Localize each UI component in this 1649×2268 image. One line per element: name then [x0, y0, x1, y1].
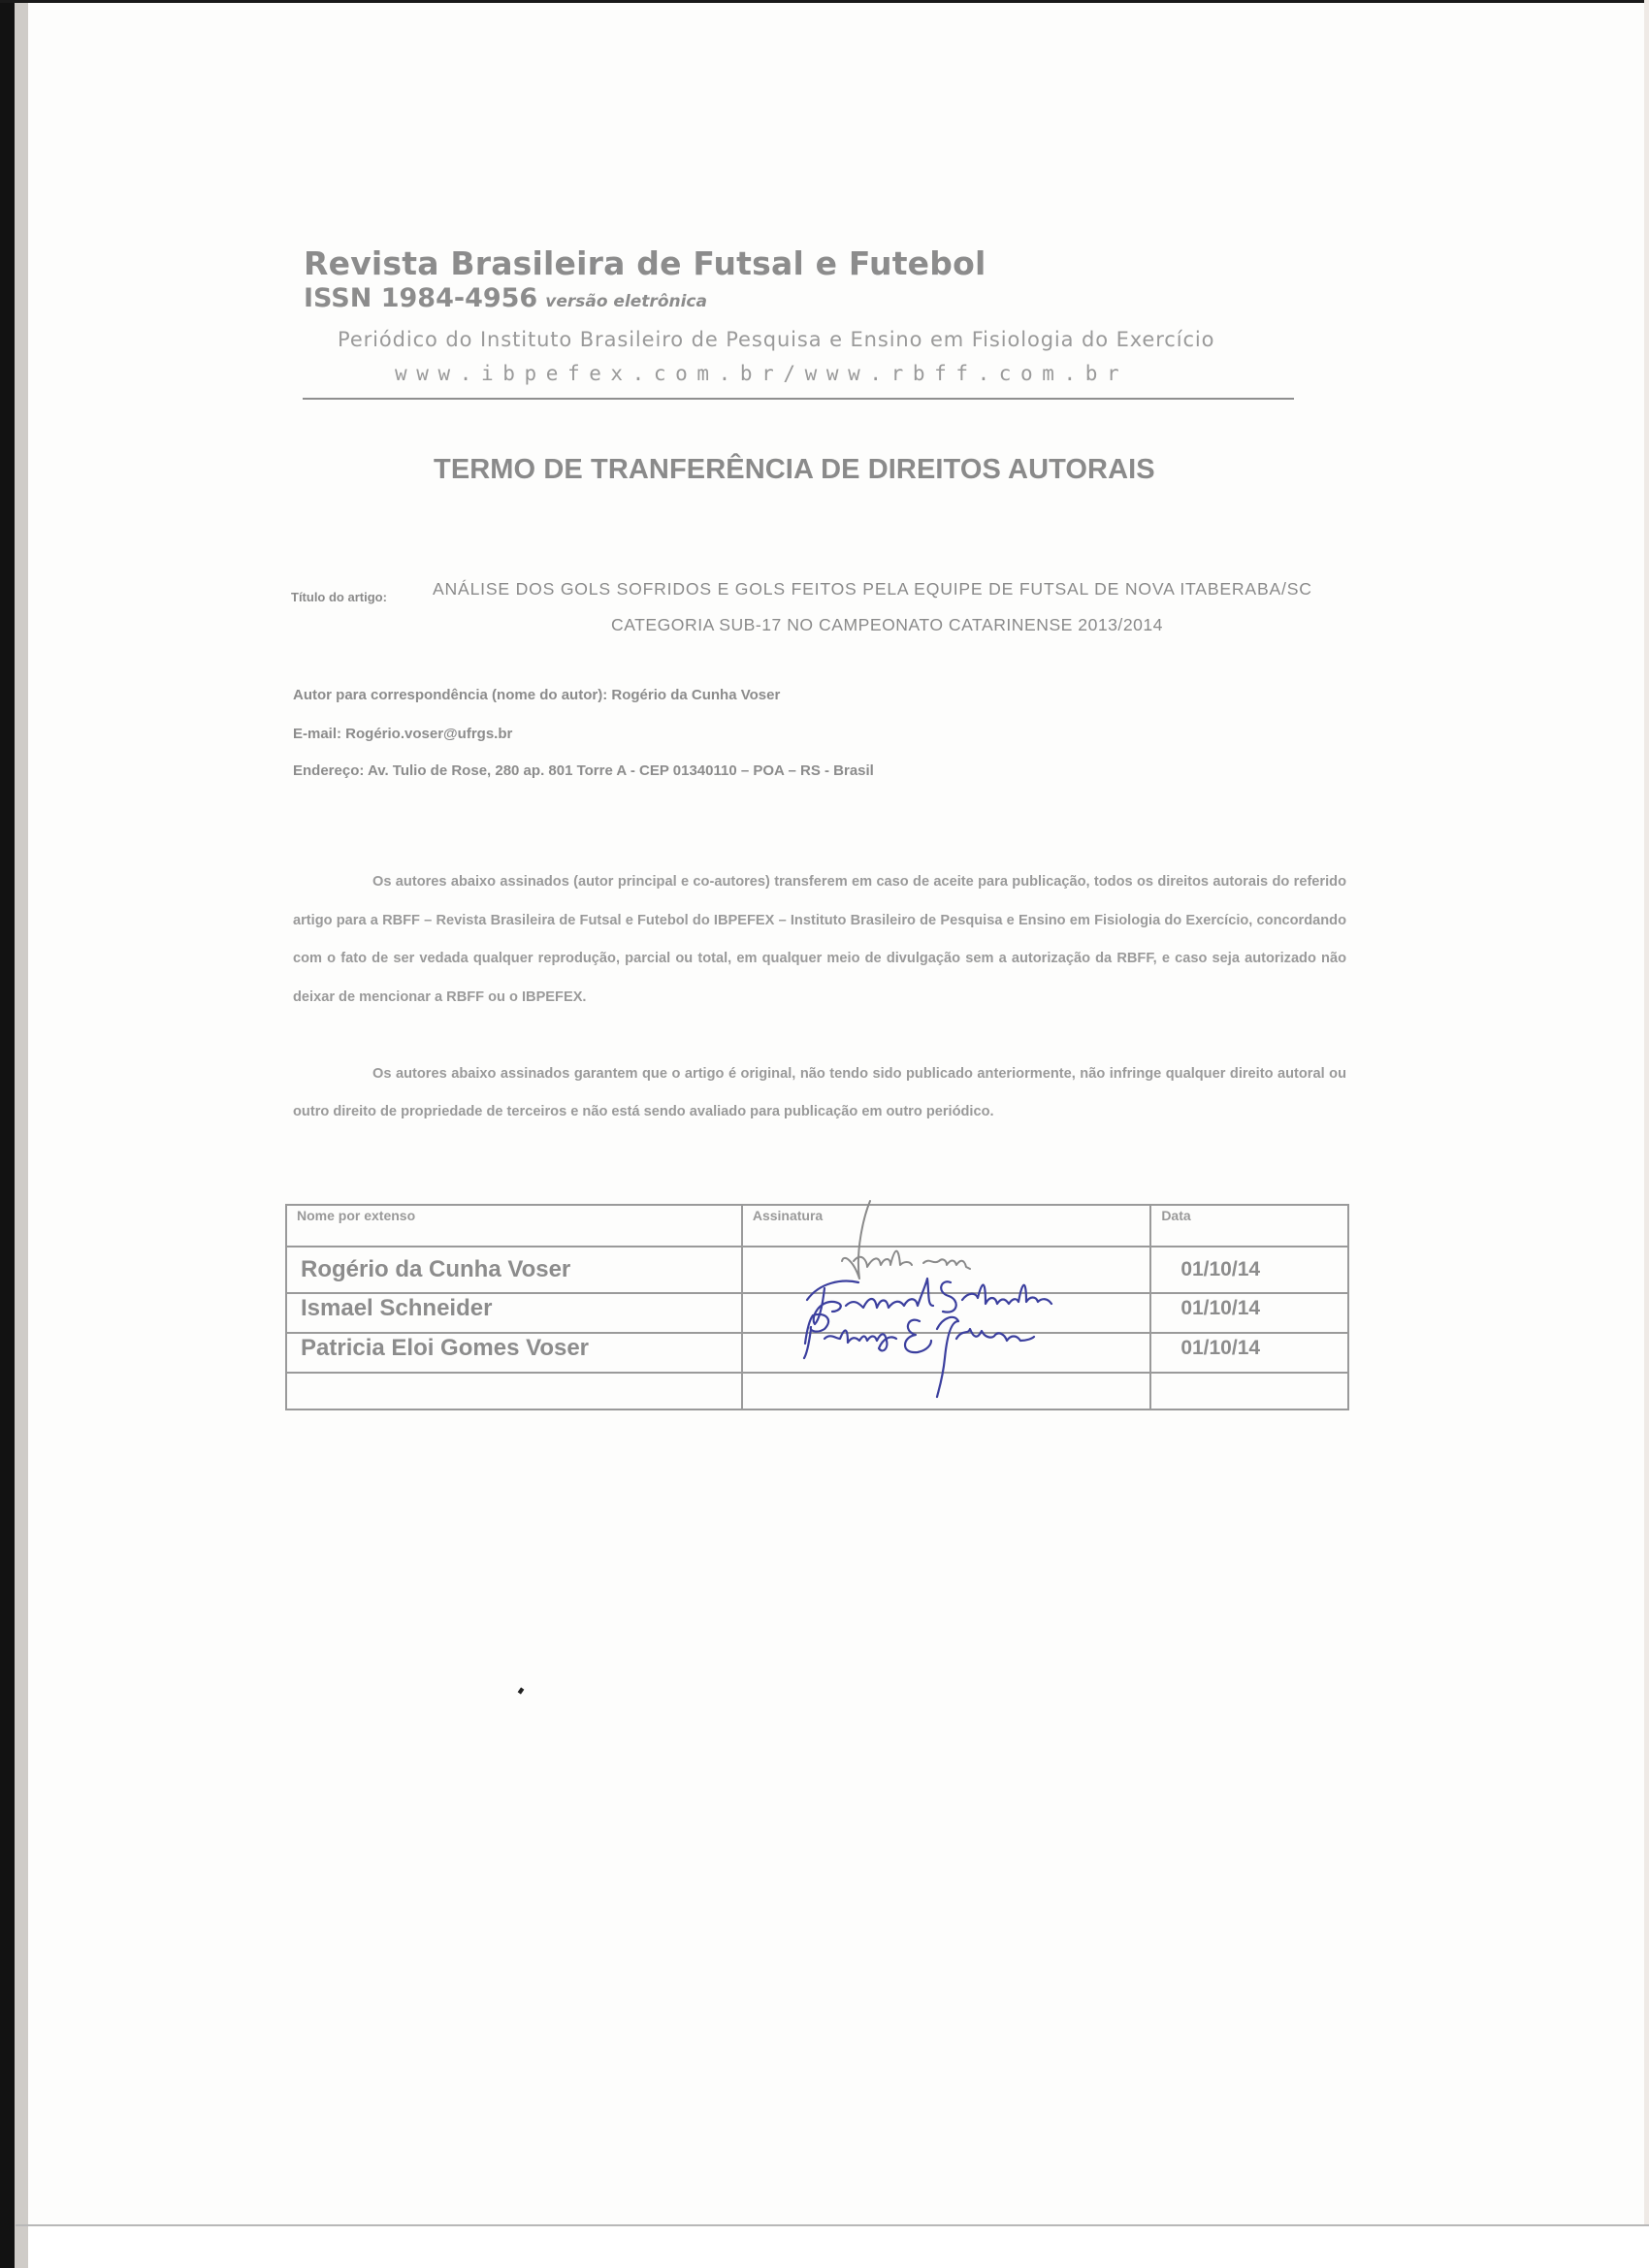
article-title-line2: CATEGORIA SUB-17 NO CAMPEONATO CATARINEN…: [611, 615, 1163, 635]
sign-date: 01/10/14: [1150, 1247, 1348, 1293]
signature-cell: [742, 1247, 1150, 1293]
journal-urls: www.ibpefex.com.br/www.rbff.com.br: [395, 362, 1128, 385]
journal-title: Revista Brasileira de Futsal e Futebol: [304, 244, 986, 282]
originality-paragraph-text: Os autores abaixo assinados garantem que…: [293, 1066, 1346, 1119]
scanner-edge: [0, 0, 15, 2268]
scanner-strip: [15, 0, 28, 2268]
author-email: E-mail: Rogério.voser@ufrgs.br: [293, 726, 512, 742]
signature-table: Nome por extenso Assinatura Data Rogério…: [285, 1204, 1349, 1410]
issn: ISSN 1984-4956versão eletrônica: [304, 283, 707, 313]
author-name: Rogério da Cunha Voser: [286, 1247, 742, 1293]
transfer-paragraph: Os autores abaixo assinados (autor princ…: [293, 863, 1346, 1017]
signature-cell: [742, 1293, 1150, 1333]
article-title-line1: ANÁLISE DOS GOLS SOFRIDOS E GOLS FEITOS …: [433, 579, 1312, 599]
article-title-label: Título do artigo:: [291, 590, 387, 604]
header-divider: [303, 398, 1294, 400]
sign-date: 01/10/14: [1150, 1293, 1348, 1333]
paper-bottom-edge: [16, 2224, 1649, 2226]
corresponding-author: Autor para correspondência (nome do auto…: [293, 687, 780, 703]
scanner-strip-right: [1644, 0, 1649, 2224]
author-name: Patricia Eloi Gomes Voser: [286, 1333, 742, 1373]
header-name: Nome por extenso: [286, 1205, 742, 1247]
transfer-paragraph-text: Os autores abaixo assinados (autor princ…: [293, 874, 1346, 1005]
table-row: Patricia Eloi Gomes Voser 01/10/14: [286, 1333, 1348, 1373]
author-address: Endereço: Av. Tulio de Rose, 280 ap. 801…: [293, 762, 874, 779]
author-name: Ismael Schneider: [286, 1293, 742, 1333]
header-signature: Assinatura: [742, 1205, 1150, 1247]
author-name: [286, 1373, 742, 1409]
signature-cell: [742, 1373, 1150, 1409]
table-row: Ismael Schneider 01/10/14: [286, 1293, 1348, 1333]
signature-cell: [742, 1333, 1150, 1373]
originality-paragraph: Os autores abaixo assinados garantem que…: [293, 1055, 1346, 1131]
issn-version: versão eletrônica: [545, 292, 707, 311]
table-row: Rogério da Cunha Voser 01/10/14: [286, 1247, 1348, 1293]
issn-number: ISSN 1984-4956: [304, 283, 537, 313]
header-date: Data: [1150, 1205, 1348, 1247]
sign-date: [1150, 1373, 1348, 1409]
table-header-row: Nome por extenso Assinatura Data: [286, 1205, 1348, 1247]
sign-date: 01/10/14: [1150, 1333, 1348, 1373]
table-row-empty: [286, 1373, 1348, 1409]
periodical-subtitle: Periódico do Instituto Brasileiro de Pes…: [338, 328, 1214, 351]
document-title: TERMO DE TRANFERÊNCIA DE DIREITOS AUTORA…: [434, 454, 1155, 486]
